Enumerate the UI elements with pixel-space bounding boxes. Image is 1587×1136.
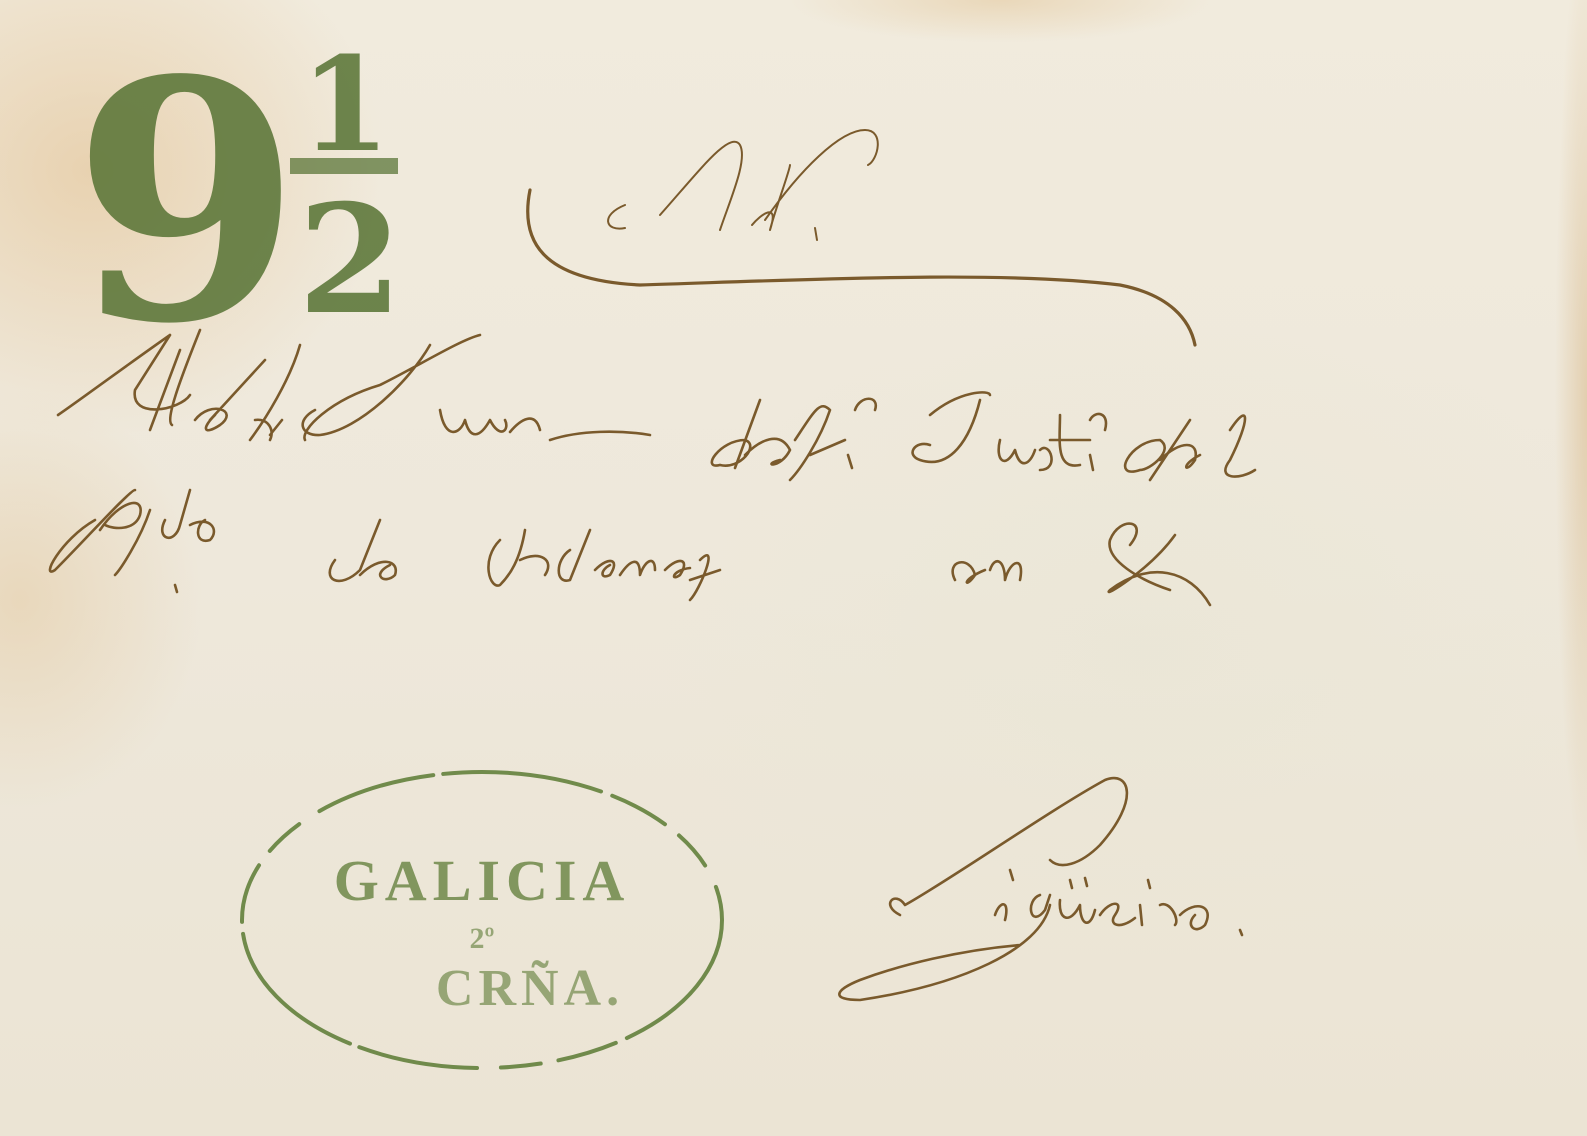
postmark-line-2: 2º (470, 922, 495, 955)
rate-whole: 9 (72, 8, 302, 396)
postmark-line-3: CRÑA. (436, 959, 624, 1017)
postal-cover: 9 1 2 (0, 0, 1587, 1136)
rate-denominator: 2 (298, 172, 402, 348)
postmark: GALICIA 2º CRÑA. (242, 772, 722, 1068)
cover-artwork: 9 1 2 (0, 0, 1587, 1136)
postmark-line-1: GALICIA (334, 848, 631, 913)
address-line-3 (839, 778, 1242, 1000)
address-line-2 (50, 490, 1210, 605)
frank-sn (528, 130, 1195, 345)
rate-mark: 9 1 2 (72, 8, 402, 396)
